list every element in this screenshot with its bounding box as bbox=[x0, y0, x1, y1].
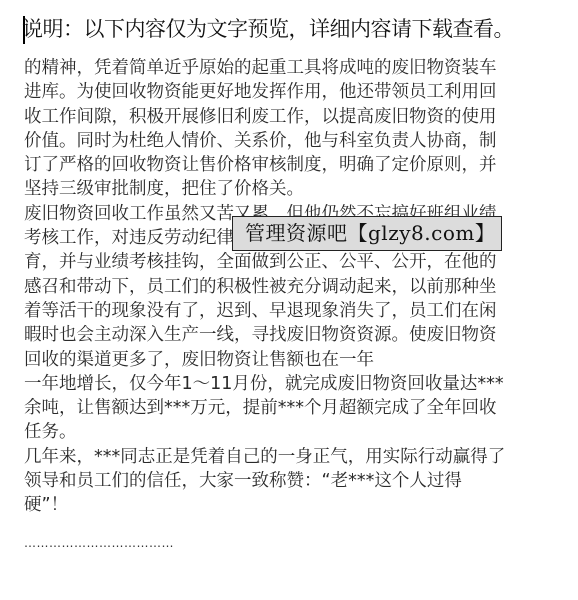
text-line: 育，并与业绩考核挂钩，全面做到公正、公平、公开，在他的 bbox=[24, 250, 544, 274]
text-line: 暇时也会主动深入生产一线，寻找废旧物资资源。使废旧物资 bbox=[24, 323, 544, 347]
text-line: 余吨，让售额达到***万元，提前***个月超额完成了全年回收 bbox=[24, 396, 544, 420]
text-line: 回收的渠道更多了，废旧物资让售额也在一年 bbox=[24, 348, 544, 372]
ellipsis-continuation: ……………………………… bbox=[24, 536, 174, 550]
watermark-banner: 管理资源吧【glzy8.com】 bbox=[232, 216, 502, 251]
text-line: 进库。为使回收物资能更好地发挥作用，他还带领员工利用回 bbox=[24, 80, 544, 104]
text-line: 着等活干的现象没有了，迟到、早退现象消失了，员工们在闲 bbox=[24, 299, 544, 323]
text-line: 领导和员工们的信任，大家一致称赞：“老***这个人过得 bbox=[24, 469, 544, 493]
text-line: 感召和带动下，员工们的积极性被充分调动起来，以前那种坐 bbox=[24, 275, 544, 299]
text-line: 价值。同时为杜绝人情价、关系价，他与科室负责人协商，制 bbox=[24, 129, 544, 153]
text-line: 的精神，凭着简单近乎原始的起重工具将成吨的废旧物资装车 bbox=[24, 56, 544, 80]
text-line: 收工作间隙，积极开展修旧利废工作，以提高废旧物资的使用 bbox=[24, 105, 544, 129]
preview-notice: 说明：以下内容仅为文字预览，详细内容请下载查看。 bbox=[22, 14, 514, 44]
text-line: 任务。 bbox=[24, 420, 544, 444]
text-line: 订了严格的回收物资让售价格审核制度，明确了定价原则，并 bbox=[24, 153, 544, 177]
document-body: 的精神，凭着简单近乎原始的起重工具将成吨的废旧物资装车 进库。为使回收物资能更好… bbox=[24, 56, 544, 518]
text-line: 几年来，***同志正是凭着自己的一身正气，用实际行动赢得了 bbox=[24, 445, 544, 469]
text-line: 坚持三级审批制度，把住了价格关。 bbox=[24, 177, 544, 201]
text-line: 硬”！ bbox=[24, 493, 544, 517]
text-line: 一年地增长，仅今年1～11月份，就完成废旧物资回收量达*** bbox=[24, 372, 544, 396]
